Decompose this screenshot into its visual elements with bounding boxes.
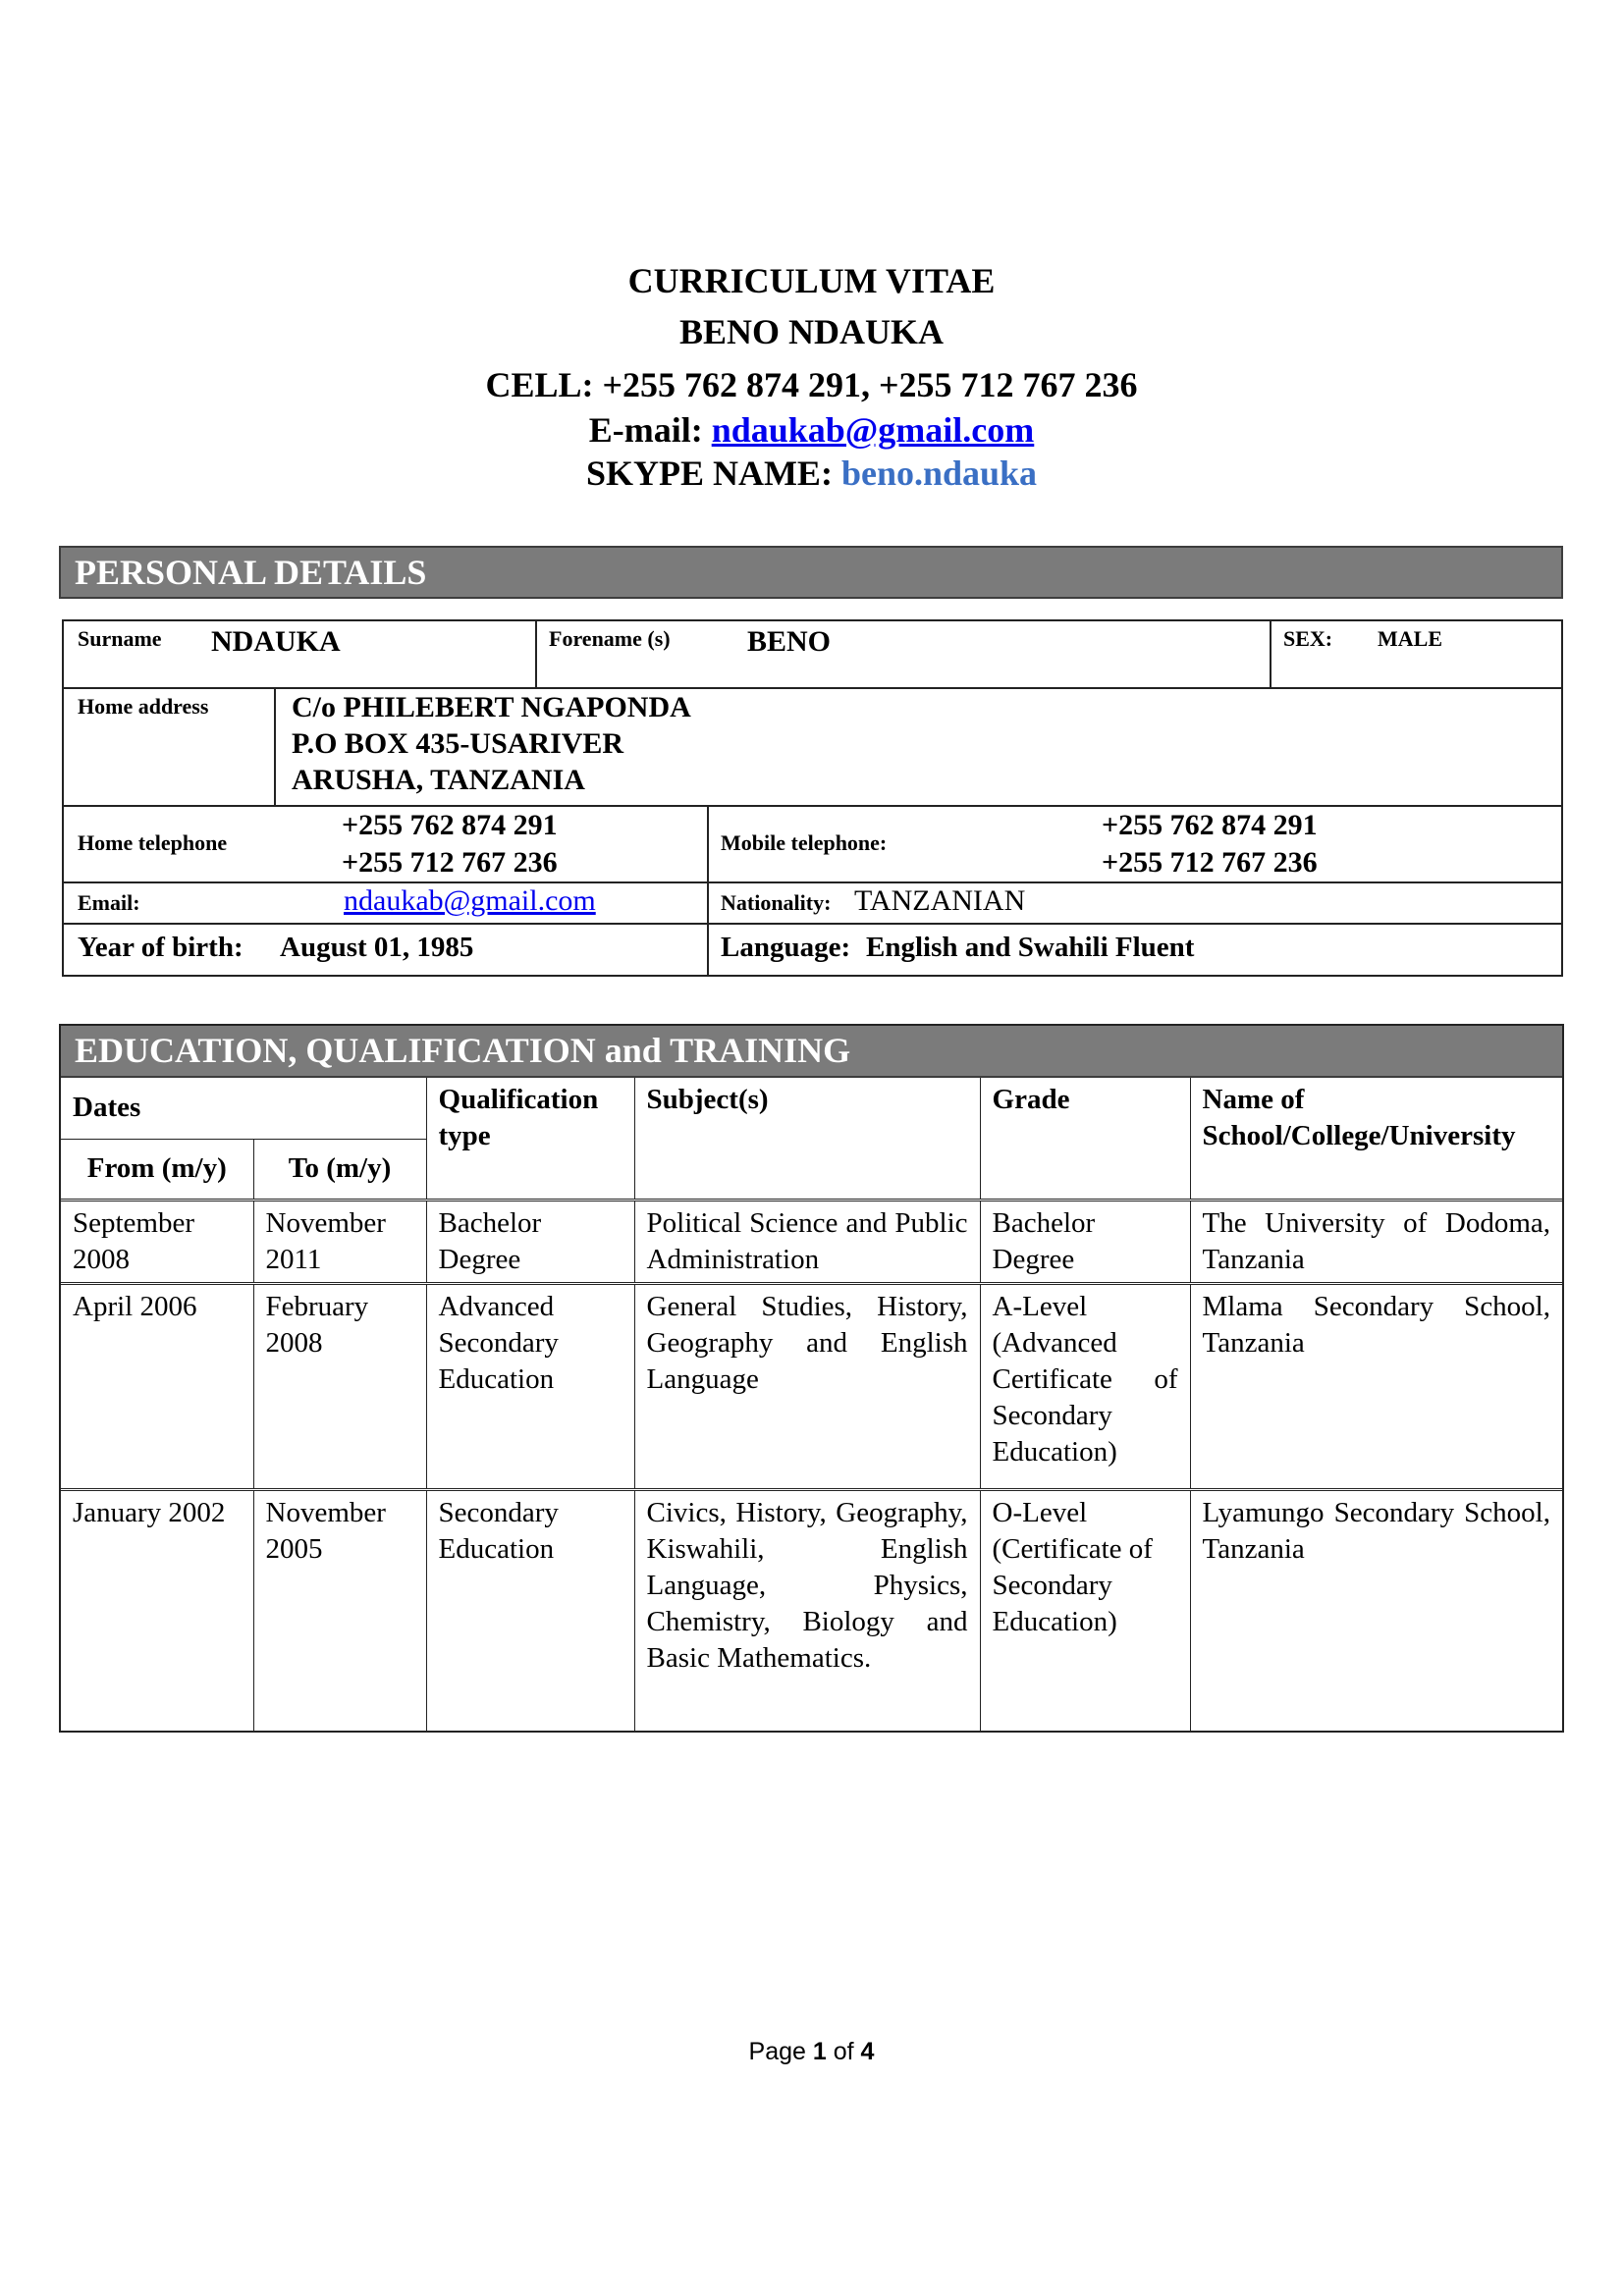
- cell-line: CELL: +255 762 874 291, +255 712 767 236: [0, 365, 1623, 410]
- qualification-type: Secondary Education: [426, 1489, 634, 1731]
- total-pages: 4: [861, 2038, 875, 2065]
- cell-numbers: +255 762 874 291, +255 712 767 236: [603, 365, 1138, 404]
- home-address-label: Home address: [78, 694, 208, 720]
- document-title: CURRICULUM VITAE: [0, 261, 1623, 312]
- from-date: September 2008: [61, 1200, 253, 1283]
- education-row: April 2006 February 2008 Advanced Second…: [61, 1283, 1562, 1489]
- to-date: November 2011: [253, 1200, 426, 1283]
- mobile-telephone-cell: Mobile telephone: +255 762 874 291 +255 …: [707, 807, 1561, 881]
- qualification-type: Advanced Secondary Education: [426, 1283, 634, 1489]
- cell-label: CELL:: [485, 365, 593, 404]
- nationality-label: Nationality:: [721, 890, 831, 916]
- header-subjects: Subject(s): [634, 1078, 980, 1200]
- from-date: April 2006: [61, 1283, 253, 1489]
- education-section: EDUCATION, QUALIFICATION and TRAINING Da…: [59, 1024, 1564, 1733]
- grade: A-Level (Advanced Certificate of Seconda…: [980, 1283, 1190, 1489]
- cv-header: CURRICULUM VITAE BENO NDAUKA CELL: +255 …: [0, 261, 1623, 493]
- to-date: February 2008: [253, 1283, 426, 1489]
- email-field-label: Email:: [78, 890, 140, 916]
- email-cell: Email: ndaukab@gmail.com: [64, 883, 707, 923]
- nationality-value: TANZANIAN: [854, 884, 1025, 918]
- school-name: The University of Dodoma, Tanzania: [1190, 1200, 1562, 1283]
- education-heading: EDUCATION, QUALIFICATION and TRAINING: [61, 1026, 1562, 1078]
- email-field-link[interactable]: ndaukab@gmail.com: [344, 884, 596, 918]
- surname-value: NDAUKA: [211, 625, 341, 659]
- birth-label: Year of birth:: [78, 932, 243, 964]
- cv-page: CURRICULUM VITAE BENO NDAUKA CELL: +255 …: [0, 0, 1623, 2296]
- subjects: Civics, History, Geography, Kiswahili, E…: [634, 1489, 980, 1731]
- mobile-telephone-1: +255 762 874 291: [1102, 807, 1318, 844]
- telephone-row: Home telephone +255 762 874 291 +255 712…: [64, 807, 1561, 883]
- email-line: E-mail: ndaukab@gmail.com: [0, 410, 1623, 454]
- education-row: September 2008 November 2011 Bachelor De…: [61, 1200, 1562, 1283]
- forename-value: BENO: [747, 625, 831, 659]
- to-date: November 2005: [253, 1489, 426, 1731]
- qualification-type: Bachelor Degree: [426, 1200, 634, 1283]
- personal-details-heading: PERSONAL DETAILS: [59, 546, 1563, 599]
- home-telephone-1: +255 762 874 291: [342, 807, 558, 844]
- header-grade: Grade: [980, 1078, 1190, 1200]
- page-footer: Page 1 of 4: [0, 2038, 1623, 2066]
- mobile-telephone-2: +255 712 767 236: [1102, 844, 1318, 881]
- surname-cell: Surname NDAUKA: [64, 621, 535, 687]
- page-prefix: Page: [749, 2038, 806, 2065]
- language-value: English and Swahili Fluent: [866, 932, 1194, 964]
- mobile-telephone-label: Mobile telephone:: [721, 830, 887, 856]
- personal-details-table: Surname NDAUKA Forename (s) BENO SEX: MA…: [62, 619, 1563, 977]
- header-from: From (m/y): [61, 1139, 253, 1200]
- sex-label: SEX:: [1283, 626, 1332, 652]
- address-row: Home address C/o PHILEBERT NGAPONDA P.O …: [64, 689, 1561, 807]
- name-row: Surname NDAUKA Forename (s) BENO SEX: MA…: [64, 621, 1561, 689]
- from-date: January 2002: [61, 1489, 253, 1731]
- birth-language-row: Year of birth: August 01, 1985 Language:…: [64, 925, 1561, 975]
- header-dates: Dates: [61, 1078, 426, 1139]
- grade: O-Level (Certificate of Secondary Educat…: [980, 1489, 1190, 1731]
- skype-line: SKYPE NAME: beno.ndauka: [0, 454, 1623, 493]
- email-nationality-row: Email: ndaukab@gmail.com Nationality: TA…: [64, 883, 1561, 925]
- header-school: Name of School/College/University: [1190, 1078, 1562, 1200]
- education-row: January 2002 November 2005 Secondary Edu…: [61, 1489, 1562, 1731]
- home-telephone-cell: Home telephone +255 762 874 291 +255 712…: [64, 807, 707, 881]
- header-to: To (m/y): [253, 1139, 426, 1200]
- current-page: 1: [813, 2038, 827, 2065]
- address-line-3: ARUSHA, TANZANIA: [292, 762, 1561, 798]
- forename-label: Forename (s): [549, 626, 671, 652]
- home-telephone-label: Home telephone: [78, 830, 227, 856]
- school-name: Mlama Secondary School, Tanzania: [1190, 1283, 1562, 1489]
- subjects: General Studies, History, Geography and …: [634, 1283, 980, 1489]
- forename-cell: Forename (s) BENO: [535, 621, 1270, 687]
- education-table: Dates Qualification type Subject(s) Grad…: [61, 1078, 1562, 1731]
- home-address-label-cell: Home address: [64, 689, 274, 805]
- grade: Bachelor Degree: [980, 1200, 1190, 1283]
- language-label: Language:: [721, 932, 850, 964]
- address-line-2: P.O BOX 435-USARIVER: [292, 725, 1561, 762]
- address-line-1: C/o PHILEBERT NGAPONDA: [292, 689, 1561, 725]
- school-name: Lyamungo Secondary School, Tanzania: [1190, 1489, 1562, 1731]
- nationality-cell: Nationality: TANZANIAN: [707, 883, 1561, 923]
- email-link[interactable]: ndaukab@gmail.com: [712, 410, 1035, 450]
- home-address-cell: C/o PHILEBERT NGAPONDA P.O BOX 435-USARI…: [274, 689, 1561, 805]
- surname-label: Surname: [78, 626, 162, 652]
- page-of: of: [834, 2038, 854, 2065]
- birth-cell: Year of birth: August 01, 1985: [64, 925, 707, 975]
- birth-value: August 01, 1985: [280, 932, 473, 964]
- email-label: E-mail:: [589, 410, 703, 450]
- header-qualification: Qualification type: [426, 1078, 634, 1200]
- sex-value: MALE: [1378, 626, 1442, 652]
- subjects: Political Science and Public Administrat…: [634, 1200, 980, 1283]
- sex-cell: SEX: MALE: [1270, 621, 1561, 687]
- home-telephone-2: +255 712 767 236: [342, 844, 558, 881]
- skype-name: beno.ndauka: [841, 454, 1037, 493]
- candidate-name: BENO NDAUKA: [0, 312, 1623, 365]
- language-cell: Language: English and Swahili Fluent: [707, 925, 1561, 975]
- skype-label: SKYPE NAME:: [586, 454, 833, 493]
